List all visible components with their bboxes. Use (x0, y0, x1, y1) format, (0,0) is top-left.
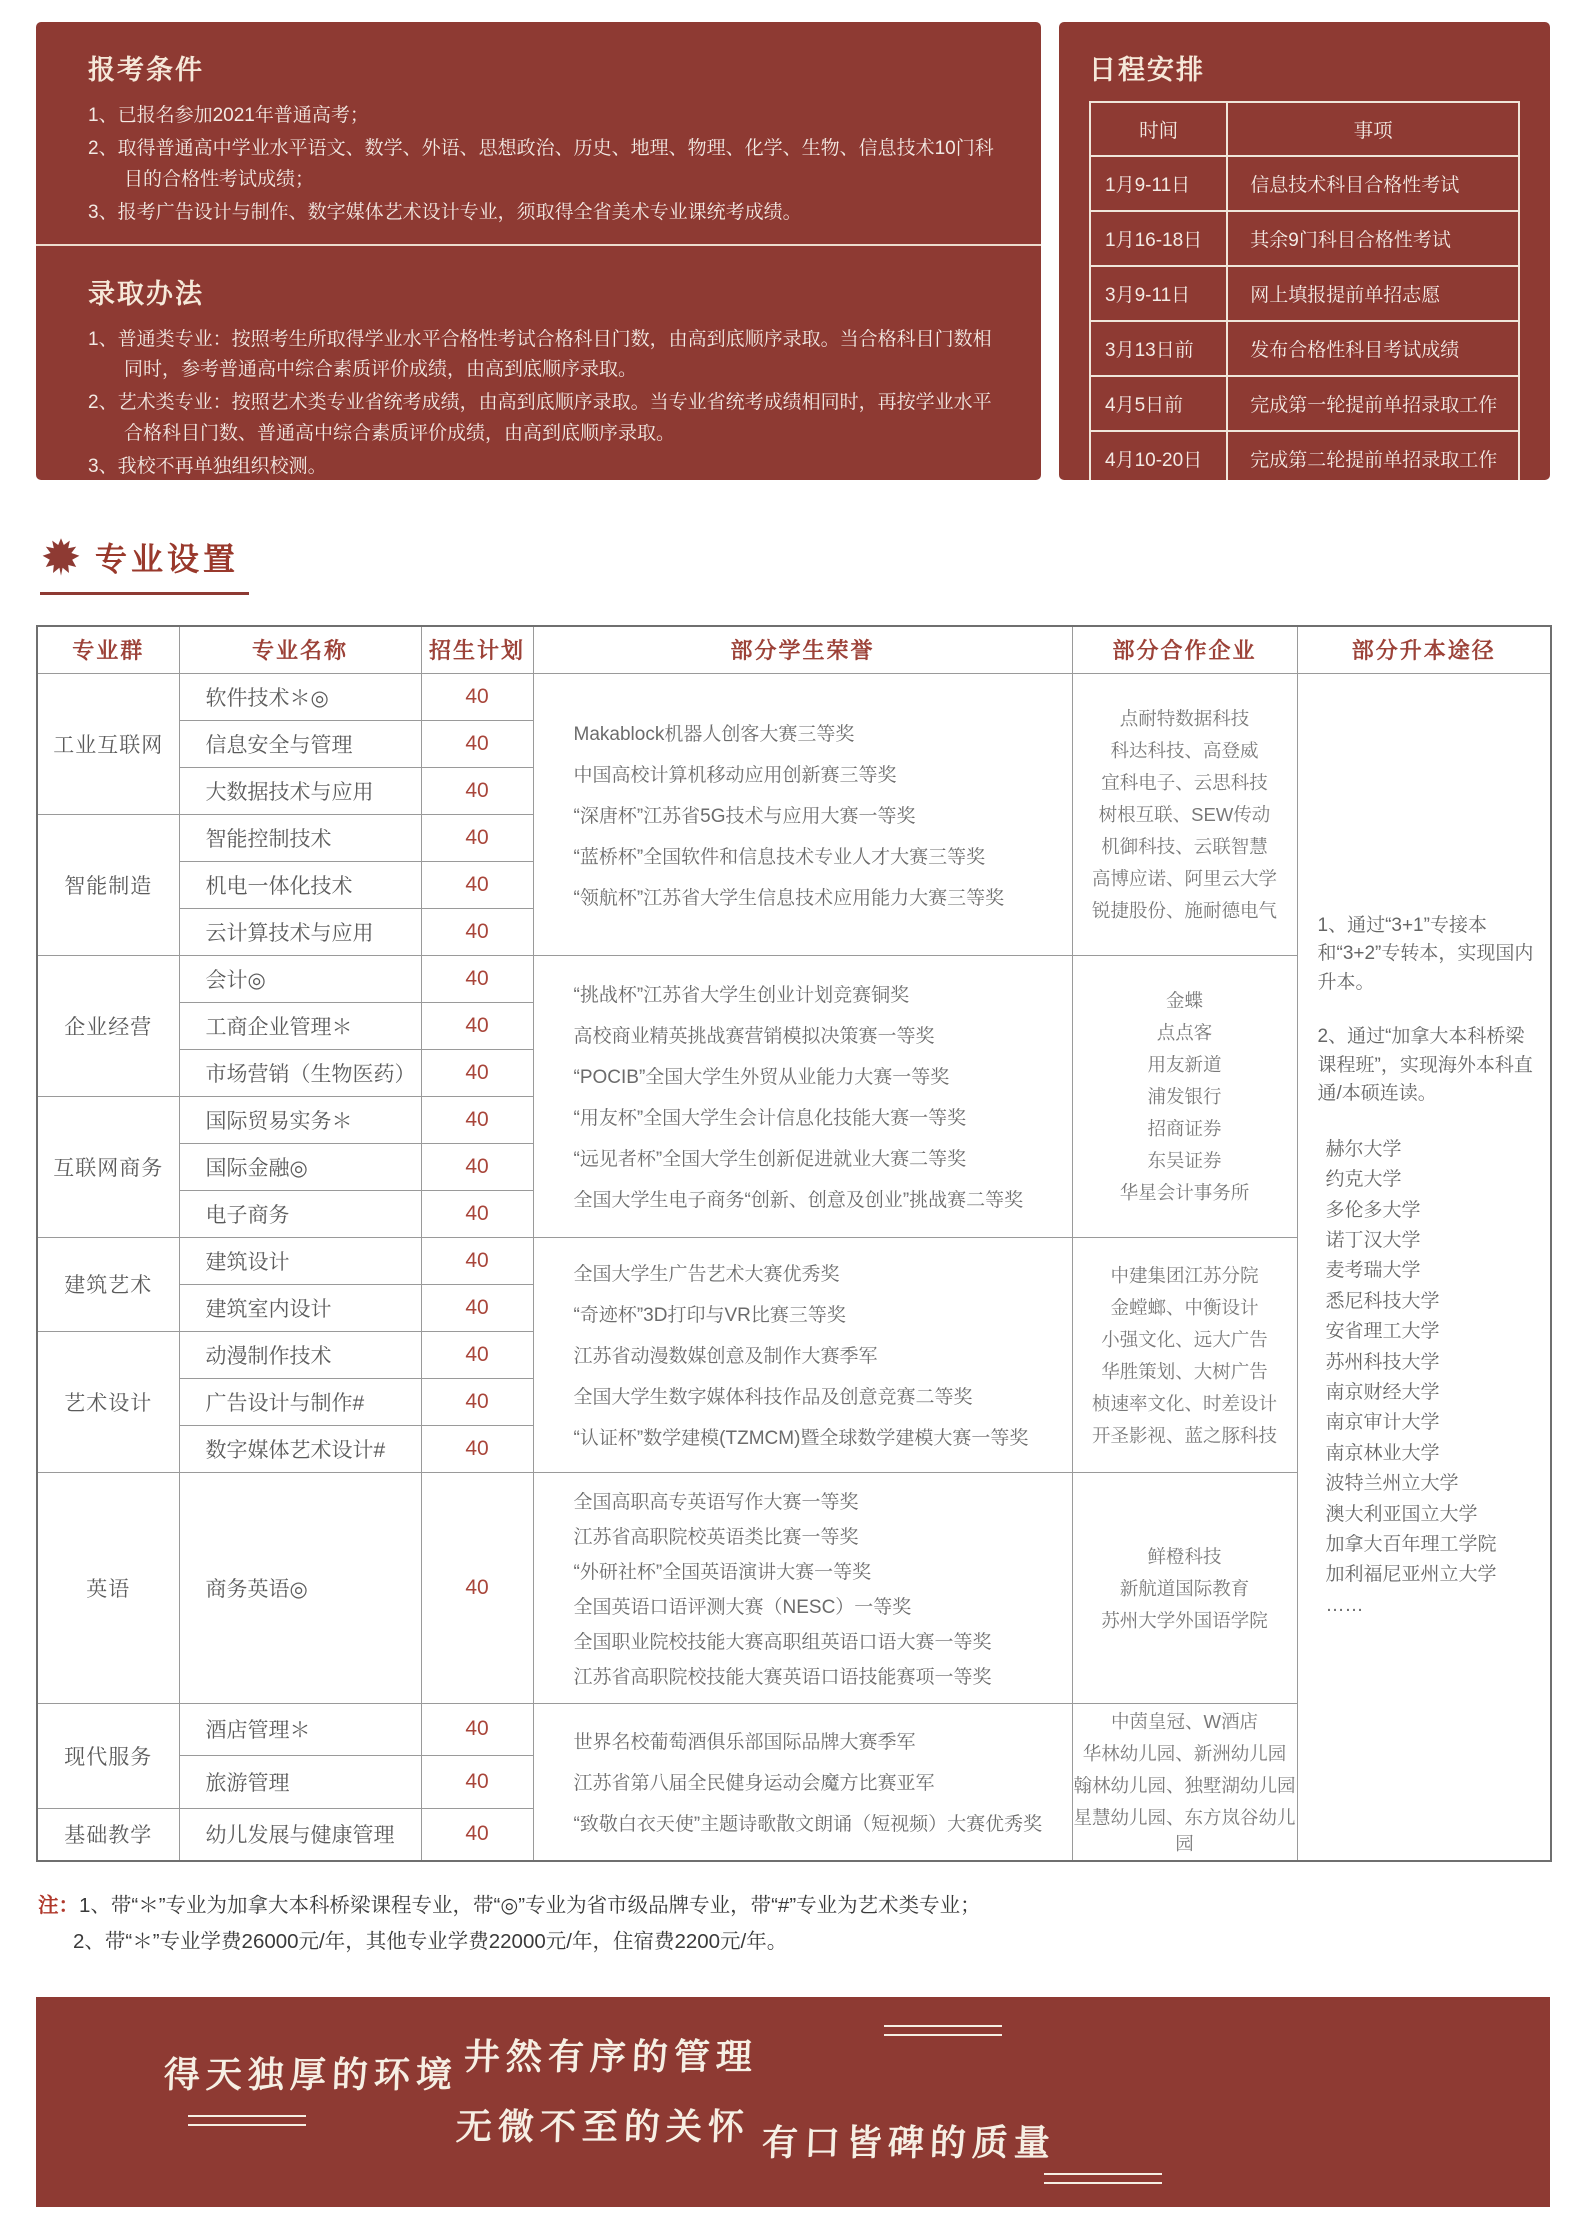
university-item: 加拿大百年理工学院 (1318, 1530, 1537, 1560)
note-text: 1、带“＊”专业为加拿大本科桥梁课程专业，带“◎”专业为省市级品牌专业，带“#”… (79, 1894, 981, 1917)
admission-method-item: 2、艺术类专业：按照艺术类专业省统考成绩，由高到底顺序录取。当专业省统考成绩相同… (88, 388, 997, 449)
schedule-time: 3月13日前 (1090, 321, 1227, 376)
footer-phrase: 井然有序的管理 (463, 2029, 759, 2080)
partner-line: 宜科电子、云思科技 (1074, 766, 1296, 798)
partner-line: 桢速率文化、时差设计 (1074, 1387, 1296, 1419)
honor-line: 全国大学生数字媒体科技作品及创意竞赛二等奖 (574, 1375, 1066, 1416)
schedule-col-event: 事项 (1227, 102, 1519, 156)
major-cell: 大数据技术与应用 (179, 767, 421, 814)
major-cell: 酒店管理＊ (179, 1703, 421, 1756)
schedule-event: 其余9门科目合格性考试 (1227, 211, 1519, 266)
partner-line: 科达科技、高登威 (1074, 734, 1296, 766)
partner-line: 苏州大学外国语学院 (1074, 1604, 1296, 1636)
apply-condition-item: 3、报考广告设计与制作、数字媒体艺术设计专业，须取得全省美术专业课统考成绩。 (88, 198, 997, 228)
partner-line: 高博应诺、阿里云大学 (1074, 862, 1296, 894)
schedule-time: 3月9-11日 (1090, 266, 1227, 321)
partners-cell: 点耐特数据科技 科达科技、高登威 宜科电子、云思科技 树根互联、SEW传动 机御… (1072, 673, 1297, 955)
university-item: 南京财经大学 (1318, 1378, 1537, 1408)
partners-cell: 鲜橙科技 新航道国际教育 苏州大学外国语学院 (1072, 1472, 1297, 1703)
plan-cell: 40 (421, 1143, 533, 1190)
col-header-group: 专业群 (37, 626, 179, 673)
honor-line: “远见者杯”全国大学生创新促进就业大赛二等奖 (574, 1137, 1066, 1178)
honors-cell: Makablock机器人创客大赛三等奖 中国高校计算机移动应用创新赛三等奖 “深… (533, 673, 1072, 955)
schedule-time: 1月16-18日 (1090, 211, 1227, 266)
admission-method-section: 录取办法 1、普通类专业：按照考生所取得学业水平合格性考试合格科目门数，由高到底… (36, 246, 1041, 480)
university-item: 南京审计大学 (1318, 1408, 1537, 1438)
schedule-event: 发布合格性科目考试成绩 (1227, 321, 1519, 376)
group-cell: 基础教学 (37, 1808, 179, 1861)
schedule-title: 日程安排 (1089, 48, 1520, 87)
plan-cell: 40 (421, 1331, 533, 1378)
schedule-row: 4月5日前 完成第一轮提前单招录取工作 (1090, 376, 1519, 431)
major-cell: 建筑设计 (179, 1237, 421, 1284)
partner-line: 树根互联、SEW传动 (1074, 798, 1296, 830)
major-cell: 工商企业管理＊ (179, 1002, 421, 1049)
plan-cell: 40 (421, 1190, 533, 1237)
university-item: 南京林业大学 (1318, 1439, 1537, 1469)
schedule-time: 4月5日前 (1090, 376, 1227, 431)
brochure-page: 报考条件 1、已报名参加2021年普通高考； 2、取得普通高中学业水平语文、数学… (0, 0, 1586, 2207)
group-cell: 企业经营 (37, 955, 179, 1096)
major-cell: 会计◎ (179, 955, 421, 1002)
footer-phrase: 有口皆碑的质量 (761, 2115, 1057, 2166)
plan-cell: 40 (421, 1049, 533, 1096)
university-item: 澳大利亚国立大学 (1318, 1500, 1537, 1530)
major-cell: 动漫制作技术 (179, 1331, 421, 1378)
partner-line: 小强文化、远大广告 (1074, 1323, 1296, 1355)
university-item: 赫尔大学 (1318, 1135, 1537, 1165)
honors-cell: 全国大学生广告艺术大赛优秀奖 “奇迹杯”3D打印与VR比赛三等奖 江苏省动漫数媒… (533, 1237, 1072, 1472)
honor-line: Makablock机器人创客大赛三等奖 (574, 712, 1066, 753)
major-cell: 数字媒体艺术设计# (179, 1425, 421, 1472)
note-line: 2、带“＊”专业学费26000元/年，其他专业学费22000元/年，住宿费220… (38, 1924, 1550, 1961)
footer-band: 得天独厚的环境 井然有序的管理 无微不至的关怀 有口皆碑的质量 (36, 1997, 1550, 2207)
plan-cell: 40 (421, 720, 533, 767)
schedule-row: 3月9-11日 网上填报提前单招志愿 (1090, 266, 1519, 321)
honor-line: 中国高校计算机移动应用创新赛三等奖 (574, 753, 1066, 794)
major-cell: 智能控制技术 (179, 814, 421, 861)
partner-line: 翰林幼儿园、独墅湖幼儿园 (1074, 1769, 1296, 1801)
majors-heading-row: 专业设置 (0, 480, 1586, 595)
apply-conditions-section: 报考条件 1、已报名参加2021年普通高考； 2、取得普通高中学业水平语文、数学… (36, 22, 1041, 244)
partner-line: 开圣影视、蓝之豚科技 (1074, 1419, 1296, 1451)
partner-line: 用友新道 (1074, 1048, 1296, 1080)
plan-cell: 40 (421, 1002, 533, 1049)
university-item: 苏州科技大学 (1318, 1348, 1537, 1378)
group-cell: 英语 (37, 1472, 179, 1703)
honor-line: “POCIB”全国大学生外贸从业能力大赛一等奖 (574, 1055, 1066, 1096)
plan-cell: 40 (421, 1703, 533, 1756)
partner-line: 华胜策划、大树广告 (1074, 1355, 1296, 1387)
honor-line: 江苏省第八届全民健身运动会魔方比赛亚军 (574, 1761, 1066, 1802)
major-cell: 建筑室内设计 (179, 1284, 421, 1331)
university-item: 麦考瑞大学 (1318, 1256, 1537, 1286)
partners-cell: 金蝶 点点客 用友新道 浦发银行 招商证券 东吴证券 华星会计事务所 (1072, 955, 1297, 1237)
group-cell: 建筑艺术 (37, 1237, 179, 1331)
major-cell: 国际金融◎ (179, 1143, 421, 1190)
partners-cell: 中茵皇冠、W酒店 华林幼儿园、新洲幼儿园 翰林幼儿园、独墅湖幼儿园 星慧幼儿园、… (1072, 1703, 1297, 1861)
schedule-time: 1月9-11日 (1090, 156, 1227, 211)
plan-cell: 40 (421, 1284, 533, 1331)
honor-line: “用友杯”全国大学生会计信息化技能大赛一等奖 (574, 1096, 1066, 1137)
partner-line: 浦发银行 (1074, 1080, 1296, 1112)
honor-line: “挑战杯”江苏省大学生创业计划竞赛铜奖 (574, 973, 1066, 1014)
majors-table: 专业群 专业名称 招生计划 部分学生荣誉 部分合作企业 部分升本途径 工业互联网… (36, 625, 1552, 1862)
admission-method-item: 1、普通类专业：按照考生所取得学业水平合格性考试合格科目门数，由高到底顺序录取。… (88, 325, 997, 386)
honor-line: 世界名校葡萄酒俱乐部国际品牌大赛季军 (574, 1720, 1066, 1761)
major-cell: 旅游管理 (179, 1756, 421, 1809)
major-cell: 广告设计与制作# (179, 1378, 421, 1425)
major-cell: 软件技术＊◎ (179, 673, 421, 720)
schedule-event: 完成第一轮提前单招录取工作 (1227, 376, 1519, 431)
partner-line: 金蝶 (1074, 984, 1296, 1016)
schedule-event: 网上填报提前单招志愿 (1227, 266, 1519, 321)
honors-cell: “挑战杯”江苏省大学生创业计划竞赛铜奖 高校商业精英挑战赛营销模拟决策赛一等奖 … (533, 955, 1072, 1237)
honor-line: 全国高职高专英语写作大赛一等奖 (574, 1483, 1066, 1518)
col-header-partners: 部分合作企业 (1072, 626, 1297, 673)
group-cell: 艺术设计 (37, 1331, 179, 1472)
partner-line: 华林幼儿园、新洲幼儿园 (1074, 1737, 1296, 1769)
plan-cell: 40 (421, 861, 533, 908)
university-item: 安省理工大学 (1318, 1317, 1537, 1347)
major-cell: 商务英语◎ (179, 1472, 421, 1703)
schedule-time: 4月10-20日 (1090, 431, 1227, 480)
plan-cell: 40 (421, 1378, 533, 1425)
group-cell: 互联网商务 (37, 1096, 179, 1237)
honor-line: 全国大学生电子商务“创新、创意及创业”挑战赛二等奖 (574, 1178, 1066, 1219)
honor-line: “奇迹杯”3D打印与VR比赛三等奖 (574, 1293, 1066, 1334)
notes-block: 注：1、带“＊”专业为加拿大本科桥梁课程专业，带“◎”专业为省市级品牌专业，带“… (38, 1888, 1550, 1962)
plan-cell: 40 (421, 814, 533, 861)
schedule-col-time: 时间 (1090, 102, 1227, 156)
university-item: 约克大学 (1318, 1165, 1537, 1195)
plan-cell: 40 (421, 1237, 533, 1284)
major-cell: 幼儿发展与健康管理 (179, 1808, 421, 1861)
honor-line: 江苏省高职院校英语类比赛一等奖 (574, 1518, 1066, 1553)
majors-section-heading: 专业设置 (40, 534, 249, 595)
partner-line: 中茵皇冠、W酒店 (1074, 1705, 1296, 1737)
university-item: 多伦多大学 (1318, 1196, 1537, 1226)
honors-cell: 世界名校葡萄酒俱乐部国际品牌大赛季军 江苏省第八届全民健身运动会魔方比赛亚军 “… (533, 1703, 1072, 1861)
requirements-panel: 报考条件 1、已报名参加2021年普通高考； 2、取得普通高中学业水平语文、数学… (36, 22, 1041, 480)
plan-cell: 40 (421, 1096, 533, 1143)
top-panels: 报考条件 1、已报名参加2021年普通高考； 2、取得普通高中学业水平语文、数学… (0, 0, 1586, 480)
note-label: 注： (38, 1894, 79, 1917)
partner-line: 鲜橙科技 (1074, 1540, 1296, 1572)
university-item: …… (1318, 1591, 1537, 1621)
col-header-major: 专业名称 (179, 626, 421, 673)
schedule-event: 信息技术科目合格性考试 (1227, 156, 1519, 211)
university-item: 诺丁汉大学 (1318, 1226, 1537, 1256)
plan-cell: 40 (421, 1472, 533, 1703)
group-cell: 现代服务 (37, 1703, 179, 1808)
university-item: 悉尼科技大学 (1318, 1287, 1537, 1317)
col-header-honors: 部分学生荣誉 (533, 626, 1072, 673)
admission-method-item: 3、我校不再单独组织校测。 (88, 452, 997, 480)
apply-conditions-title: 报考条件 (88, 48, 997, 87)
schedule-event: 完成第二轮提前单招录取工作 (1227, 431, 1519, 480)
majors-header-row: 专业群 专业名称 招生计划 部分学生荣誉 部分合作企业 部分升本途径 (37, 626, 1551, 673)
plan-cell: 40 (421, 1425, 533, 1472)
double-line-decoration (884, 2025, 1002, 2036)
university-item: 波特兰州立大学 (1318, 1469, 1537, 1499)
partner-line: 新航道国际教育 (1074, 1572, 1296, 1604)
table-row: 工业互联网 软件技术＊◎ 40 Makablock机器人创客大赛三等奖 中国高校… (37, 673, 1551, 720)
schedule-row: 4月10-20日 完成第二轮提前单招录取工作 (1090, 431, 1519, 480)
honors-cell: 全国高职高专英语写作大赛一等奖 江苏省高职院校英语类比赛一等奖 “外研社杯”全国… (533, 1472, 1072, 1703)
apply-condition-item: 1、已报名参加2021年普通高考； (88, 101, 997, 131)
footer-phrase: 无微不至的关怀 (455, 2099, 751, 2150)
partner-line: 点耐特数据科技 (1074, 702, 1296, 734)
honor-line: “蓝桥杯”全国软件和信息技术专业人才大赛三等奖 (574, 835, 1066, 876)
apply-condition-item: 2、取得普通高中学业水平语文、数学、外语、思想政治、历史、地理、物理、化学、生物… (88, 134, 997, 195)
honor-line: “致敬白衣天使”主题诗歌散文朗诵（短视频）大赛优秀奖 (574, 1802, 1066, 1843)
partner-line: 星慧幼儿园、东方岚谷幼儿园 (1074, 1801, 1296, 1859)
honor-line: “领航杯”江苏省大学生信息技术应用能力大赛三等奖 (574, 876, 1066, 917)
honor-line: 江苏省高职院校技能大赛英语口语技能赛项一等奖 (574, 1658, 1066, 1693)
partner-line: 锐捷股份、施耐德电气 (1074, 894, 1296, 926)
honor-line: 全国英语口语评测大赛（NESC）一等奖 (574, 1588, 1066, 1623)
col-header-pathways: 部分升本途径 (1297, 626, 1551, 673)
plan-cell: 40 (421, 908, 533, 955)
major-cell: 国际贸易实务＊ (179, 1096, 421, 1143)
schedule-table: 时间 事项 1月9-11日 信息技术科目合格性考试 1月16-18日 其余9门科… (1089, 101, 1520, 480)
schedule-row: 3月13日前 发布合格性科目考试成绩 (1090, 321, 1519, 376)
partner-line: 机御科技、云联智慧 (1074, 830, 1296, 862)
honor-line: 高校商业精英挑战赛营销模拟决策赛一等奖 (574, 1014, 1066, 1055)
pathways-cell: 1、通过“3+1”专接本和“3+2”专转本，实现国内升本。 2、通过“加拿大本科… (1297, 673, 1551, 1861)
partner-line: 金螳螂、中衡设计 (1074, 1291, 1296, 1323)
pathway-paragraph: 1、通过“3+1”专接本和“3+2”专转本，实现国内升本。 (1318, 912, 1537, 998)
pathway-paragraph: 2、通过“加拿大本科桥梁课程班”，实现海外本科直通/本硕连读。 (1318, 1023, 1537, 1109)
schedule-row: 1月16-18日 其余9门科目合格性考试 (1090, 211, 1519, 266)
honor-line: “认证杯”数学建模(TZMCM)暨全球数学建模大赛一等奖 (574, 1416, 1066, 1457)
partner-line: 东吴证券 (1074, 1144, 1296, 1176)
major-cell: 市场营销（生物医药） (179, 1049, 421, 1096)
honor-line: “深唐杯”江苏省5G技术与应用大赛一等奖 (574, 794, 1066, 835)
plan-cell: 40 (421, 673, 533, 720)
honor-line: 全国职业院校技能大赛高职组英语口语大赛一等奖 (574, 1623, 1066, 1658)
note-line: 注：1、带“＊”专业为加拿大本科桥梁课程专业，带“◎”专业为省市级品牌专业，带“… (38, 1888, 1550, 1925)
plan-cell: 40 (421, 767, 533, 814)
major-cell: 云计算技术与应用 (179, 908, 421, 955)
major-cell: 信息安全与管理 (179, 720, 421, 767)
schedule-panel: 日程安排 时间 事项 1月9-11日 信息技术科目合格性考试 1月16-18日 (1059, 22, 1550, 480)
honor-line: “外研社杯”全国英语演讲大赛一等奖 (574, 1553, 1066, 1588)
partner-line: 华星会计事务所 (1074, 1176, 1296, 1208)
partners-cell: 中建集团江苏分院 金螳螂、中衡设计 小强文化、远大广告 华胜策划、大树广告 桢速… (1072, 1237, 1297, 1472)
university-item: 加利福尼亚州立大学 (1318, 1560, 1537, 1590)
major-cell: 电子商务 (179, 1190, 421, 1237)
group-cell: 工业互联网 (37, 673, 179, 814)
partner-line: 中建集团江苏分院 (1074, 1259, 1296, 1291)
double-line-decoration (188, 2115, 306, 2126)
plan-cell: 40 (421, 955, 533, 1002)
majors-section-title: 专业设置 (95, 534, 239, 580)
major-cell: 机电一体化技术 (179, 861, 421, 908)
plan-cell: 40 (421, 1756, 533, 1809)
double-line-decoration (1044, 2173, 1162, 2184)
partner-line: 点点客 (1074, 1016, 1296, 1048)
col-header-plan: 招生计划 (421, 626, 533, 673)
partner-line: 招商证券 (1074, 1112, 1296, 1144)
maple-leaf-icon (40, 537, 82, 577)
university-list: 赫尔大学 约克大学 多伦多大学 诺丁汉大学 麦考瑞大学 悉尼科技大学 安省理工大… (1318, 1135, 1537, 1621)
honor-line: 全国大学生广告艺术大赛优秀奖 (574, 1252, 1066, 1293)
footer-phrase: 得天独厚的环境 (163, 2047, 459, 2098)
plan-cell: 40 (421, 1808, 533, 1861)
honor-line: 江苏省动漫数媒创意及制作大赛季军 (574, 1334, 1066, 1375)
group-cell: 智能制造 (37, 814, 179, 955)
admission-method-title: 录取办法 (88, 272, 997, 311)
schedule-row: 1月9-11日 信息技术科目合格性考试 (1090, 156, 1519, 211)
